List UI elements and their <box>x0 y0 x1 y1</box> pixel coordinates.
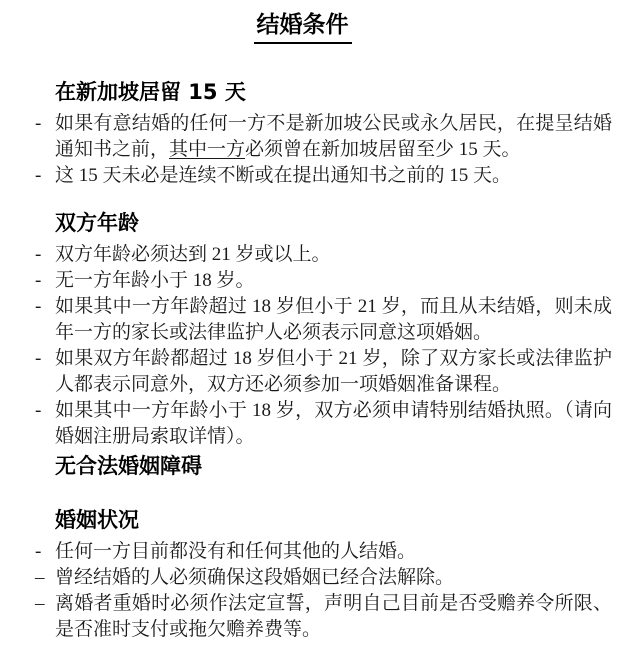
bullet-dash: - <box>35 294 55 346</box>
bullet-item: - 如果其中一方年龄小于 18 岁，双方必须申请特别结婚执照。（请向婚姻注册局索… <box>35 398 612 450</box>
bullet-text: 如果有意结婚的任何一方不是新加坡公民或永久居民，在提呈结婚通知书之前，其中一方必… <box>55 111 612 163</box>
bullet-text-segment: 必须曾在新加坡居留至少 15 天。 <box>245 139 521 160</box>
bullet-item: - 无一方年龄小于 18 岁。 <box>35 268 612 294</box>
bullet-text: 离婚者重婚时必须作法定宣誓，声明自己目前是否受赡养令所限、是否准时支付或拖欠赡养… <box>55 591 612 643</box>
bullet-dash: - <box>35 111 55 163</box>
document-page: 结婚条件 在新加坡居留 15 天 - 如果有意结婚的任何一方不是新加坡公民或永久… <box>0 0 640 651</box>
section-age-heading: 双方年龄 <box>35 209 612 237</box>
bullet-text: 无一方年龄小于 18 岁。 <box>55 268 612 294</box>
bullet-item: – 曾经结婚的人必须确保这段婚姻已经合法解除。 <box>35 565 612 591</box>
bullet-item: - 双方年龄必须达到 21 岁或以上。 <box>35 242 612 268</box>
bullet-item: - 如果有意结婚的任何一方不是新加坡公民或永久居民，在提呈结婚通知书之前，其中一… <box>35 111 612 163</box>
bullet-item: - 任何一方目前都没有和任何其他的人结婚。 <box>35 539 612 565</box>
section-marital-status-heading: 婚姻状况 <box>35 506 612 534</box>
bullet-text: 曾经结婚的人必须确保这段婚姻已经合法解除。 <box>55 565 612 591</box>
bullet-item: – 离婚者重婚时必须作法定宣誓，声明自己目前是否受赡养令所限、是否准时支付或拖欠… <box>35 591 612 643</box>
bullet-text: 如果其中一方年龄超过 18 岁但小于 21 岁，而且从未结婚，则未成年一方的家长… <box>55 294 612 346</box>
bullet-text: 这 15 天未必是连续不断或在提出通知书之前的 15 天。 <box>55 163 612 189</box>
section-residence-heading: 在新加坡居留 15 天 <box>35 78 612 106</box>
bullet-dash: – <box>35 565 55 591</box>
bullet-dash: - <box>35 346 55 398</box>
bullet-item: - 如果其中一方年龄超过 18 岁但小于 21 岁，而且从未结婚，则未成年一方的… <box>35 294 612 346</box>
bullet-dash: - <box>35 242 55 268</box>
bullet-dash: - <box>35 398 55 450</box>
section-no-impediment-heading: 无合法婚姻障碍 <box>35 452 612 480</box>
bullet-text: 如果其中一方年龄小于 18 岁，双方必须申请特别结婚执照。（请向婚姻注册局索取详… <box>55 398 612 450</box>
document-title-text: 结婚条件 <box>254 10 352 44</box>
bullet-text: 如果双方年龄都超过 18 岁但小于 21 岁，除了双方家长或法律监护人都表示同意… <box>55 346 612 398</box>
bullet-item: - 这 15 天未必是连续不断或在提出通知书之前的 15 天。 <box>35 163 612 189</box>
bullet-dash: - <box>35 163 55 189</box>
bullet-text: 任何一方目前都没有和任何其他的人结婚。 <box>55 539 612 565</box>
underlined-phrase: 其中一方 <box>169 139 245 160</box>
bullet-text: 双方年龄必须达到 21 岁或以上。 <box>55 242 612 268</box>
document-title: 结婚条件 <box>14 10 591 44</box>
bullet-dash: - <box>35 539 55 565</box>
bullet-dash: – <box>35 591 55 643</box>
bullet-dash: - <box>35 268 55 294</box>
bullet-item: - 如果双方年龄都超过 18 岁但小于 21 岁，除了双方家长或法律监护人都表示… <box>35 346 612 398</box>
